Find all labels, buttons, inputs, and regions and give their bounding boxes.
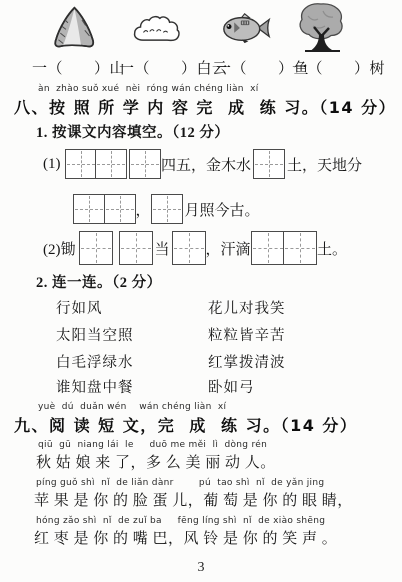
passage-line-3-pinyin: hóng zǎo shì nǐ de zuǐ ba fēng líng shì … xyxy=(36,516,325,526)
fill-row-2: ， 月照今古。 xyxy=(73,192,260,226)
tianzige-box xyxy=(251,231,285,265)
fill-row-3-mid: 当 xyxy=(155,238,170,259)
tianzige-box xyxy=(253,149,285,179)
question2-title: 2. 连一连。（2 分） xyxy=(36,271,162,292)
caption-cloud: 一（ ）白云 xyxy=(119,57,228,78)
tianzige-box xyxy=(73,194,105,224)
tianzige-box xyxy=(151,194,183,224)
passage-line-1-pinyin: qiū gū niang lái le duō me měi lì dòng r… xyxy=(38,440,267,450)
tianzige-box xyxy=(79,231,113,265)
match-right-1: 花儿对我笑 xyxy=(208,297,286,318)
fill-row-1-text: 四五，金木水 xyxy=(161,154,251,175)
match-right-4: 卧如弓 xyxy=(208,376,255,397)
mountain-icon xyxy=(50,4,97,51)
match-right-3: 红掌拨清波 xyxy=(208,351,286,372)
passage-line-2-pinyin: píng guǒ shì nǐ de liǎn dànr pú tao shì … xyxy=(36,478,324,488)
section8-pinyin: àn zhào suǒ xué nèi róng wán chéng liàn … xyxy=(38,84,259,94)
caption-mountain: 一（ ）山 xyxy=(32,57,125,78)
answer-boxes xyxy=(251,231,318,265)
fill-row-2-comma: ， xyxy=(136,199,151,220)
tianzige-box xyxy=(129,149,161,179)
tianzige-box xyxy=(95,149,127,179)
caption-tree: 一（ ）树 xyxy=(292,57,385,78)
fill-row-3-comma: ，汗滴 xyxy=(206,238,251,259)
cloud-icon xyxy=(130,14,183,44)
match-right-2: 粒粒皆辛苦 xyxy=(208,324,286,345)
section8-title: 八、按 照 所 学 内 容 完 成 练 习。（14 分） xyxy=(14,95,396,118)
section9-title: 九、阅 读 短 文，完 成 练 习。（14 分） xyxy=(14,413,357,436)
match-left-1: 行如风 xyxy=(56,297,103,318)
match-left-3: 白毛浮绿水 xyxy=(56,351,134,372)
page-number: 3 xyxy=(0,560,402,576)
match-left-4: 谁知盘中餐 xyxy=(56,376,134,397)
tree-icon xyxy=(295,2,347,54)
fill-row-2-text: 月照今古。 xyxy=(185,199,260,220)
passage-line-2-text: 苹 果 是 你 的 脸 蛋 儿，葡 萄 是 你 的 眼 睛， xyxy=(34,489,353,510)
fish-icon xyxy=(220,11,273,45)
tianzige-box xyxy=(65,149,97,179)
fill-row-1: (1) 四五，金木水 土，天地分 xyxy=(43,147,362,181)
fill-row-3-prefix: (2)锄 xyxy=(43,238,76,259)
passage-line-1-text: 秋 姑 娘 来 了，多 么 美 丽 动 人。 xyxy=(36,451,276,472)
fill-row-3: (2)锄 当 ，汗滴 土。 xyxy=(43,229,347,267)
question1-title: 1. 按课文内容填空。（12 分） xyxy=(36,121,229,142)
answer-boxes xyxy=(73,194,136,224)
passage-line-3-text: 红 枣 是 你 的 嘴 巴，风 铃 是 你 的 笑 声 。 xyxy=(34,527,337,548)
worksheet-page: 一（ ）山 一（ ）白云 一（ ）鱼 一（ ）树 àn zhào suǒ xué… xyxy=(0,0,402,582)
answer-boxes xyxy=(65,149,128,179)
fill-row-1-number: (1) xyxy=(43,156,61,173)
tianzige-box xyxy=(283,231,317,265)
match-left-2: 太阳当空照 xyxy=(56,324,134,345)
tianzige-box xyxy=(119,231,153,265)
tianzige-box xyxy=(104,194,136,224)
fill-row-3-end: 土。 xyxy=(317,238,347,259)
tianzige-box xyxy=(172,231,206,265)
section9-pinyin: yuè dú duǎn wén wán chéng liàn xí xyxy=(38,402,226,412)
fill-row-1-text-end: 土，天地分 xyxy=(287,154,362,175)
